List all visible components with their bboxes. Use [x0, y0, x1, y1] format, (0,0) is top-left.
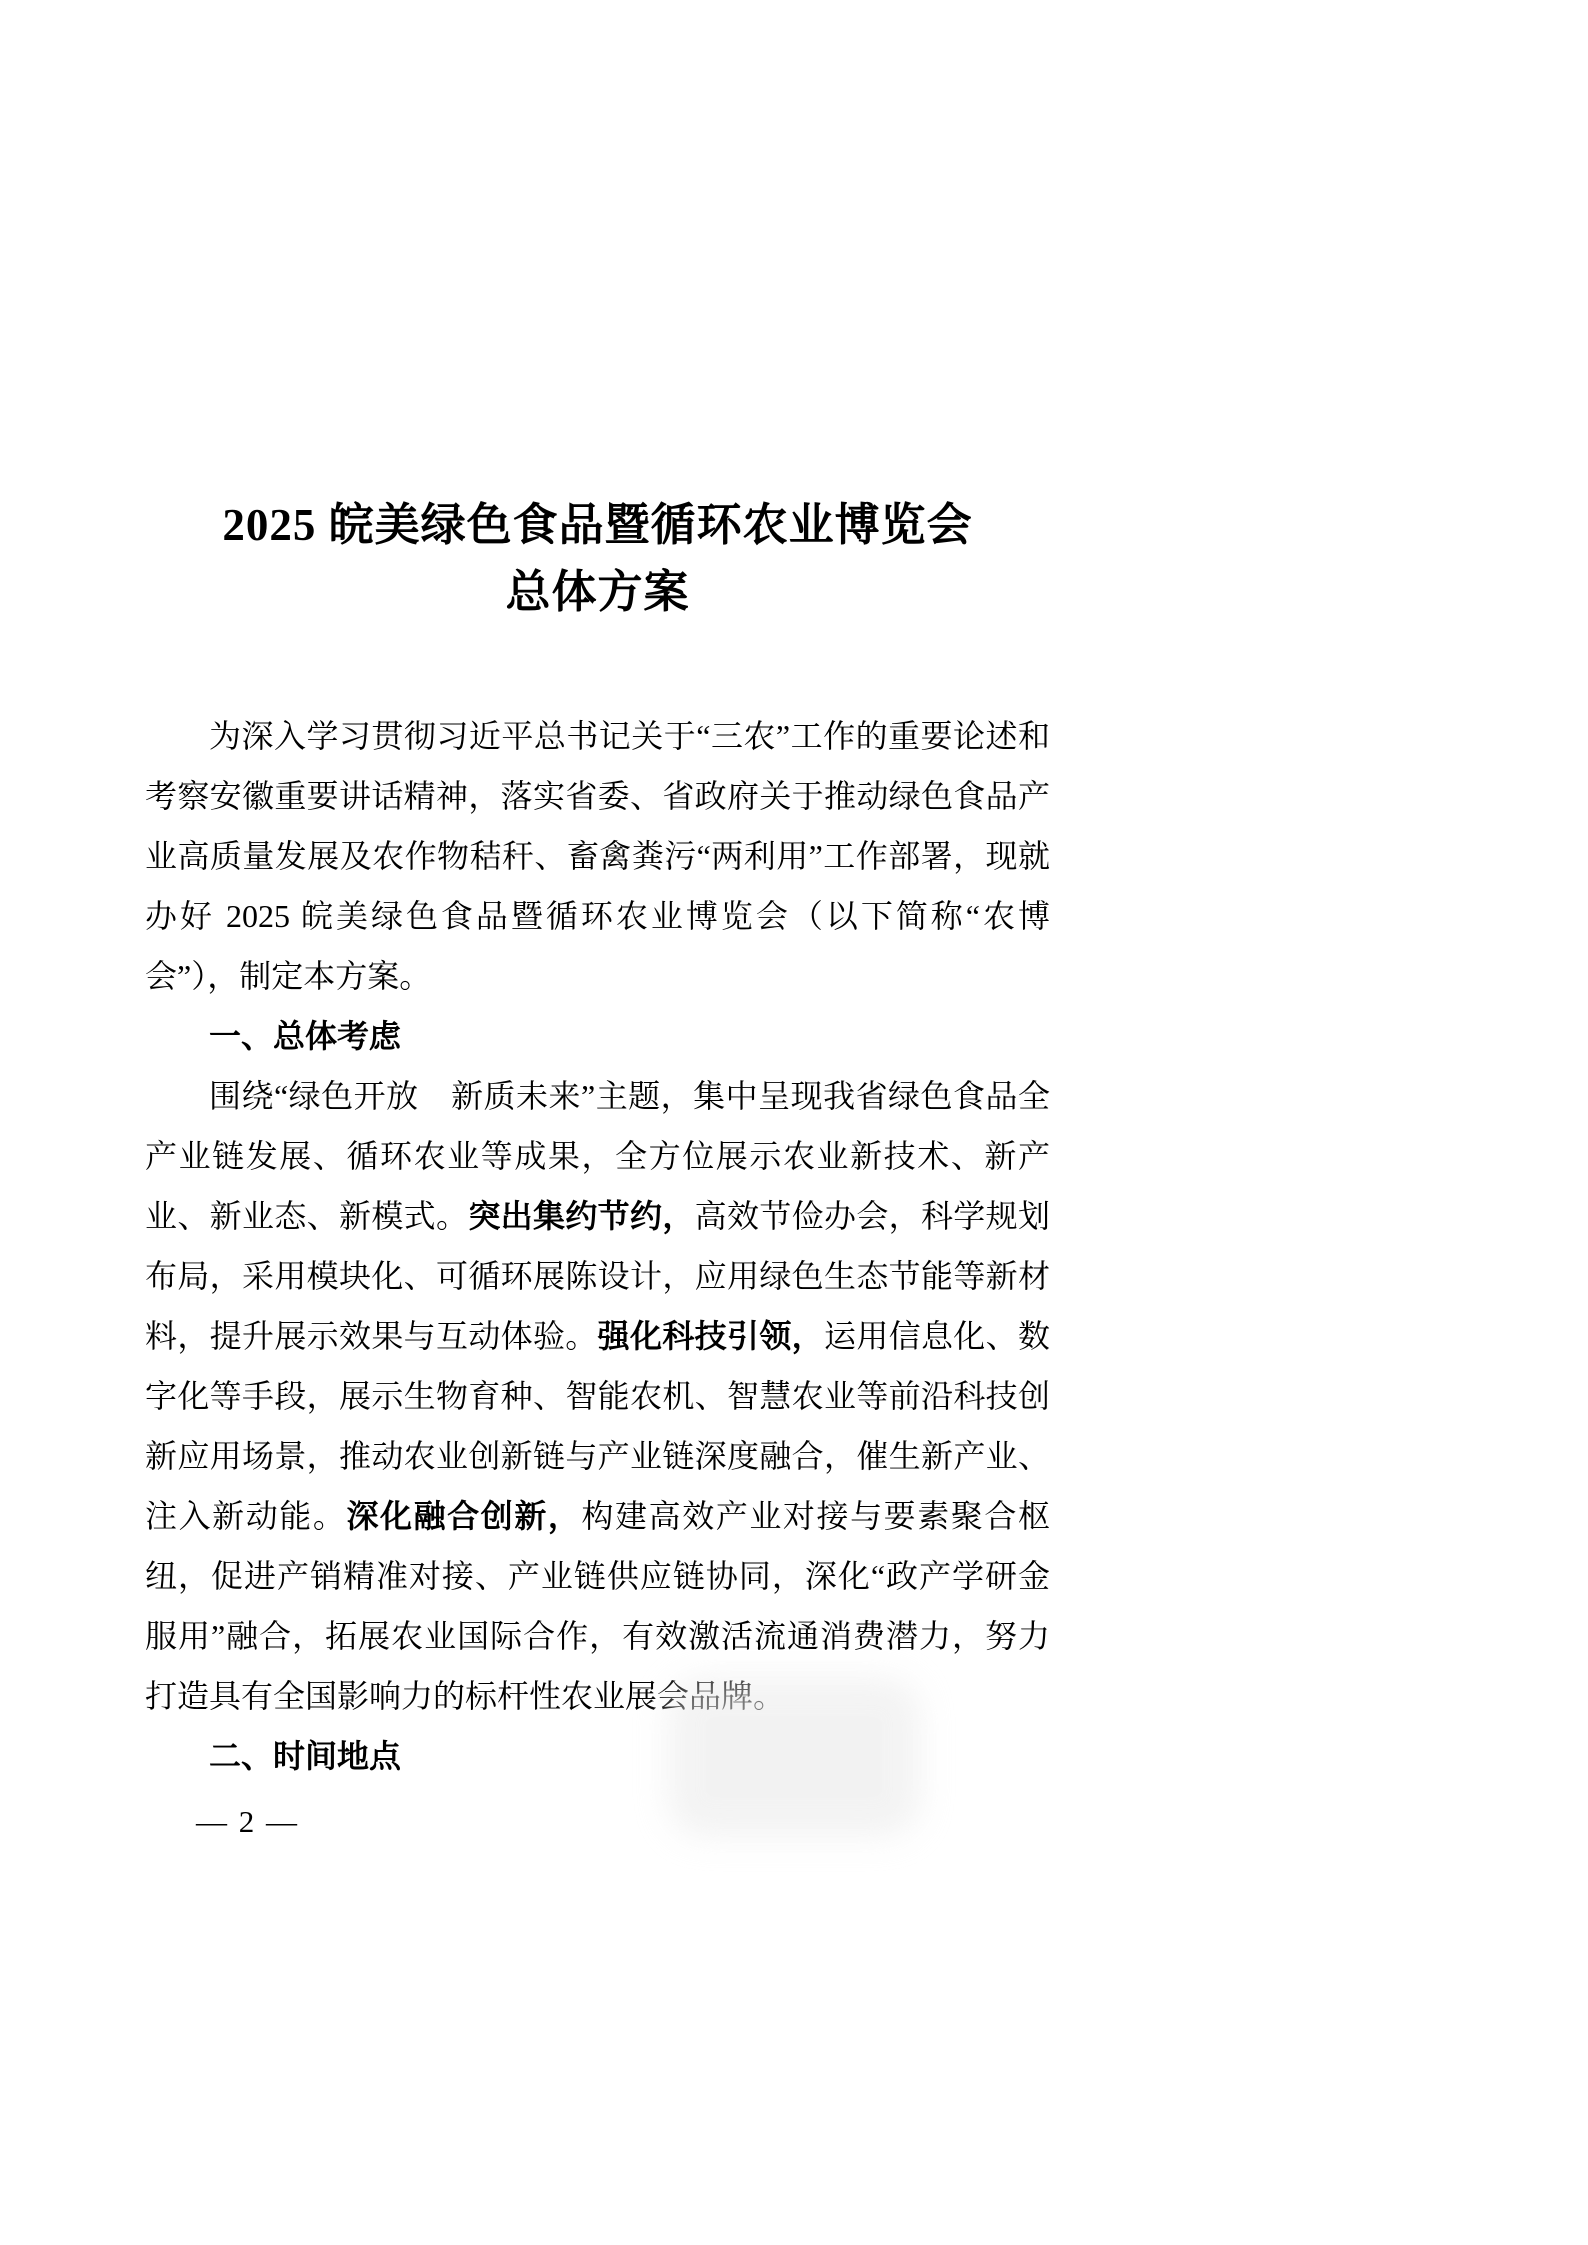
bold-text-run: 深化融合创新，: [346, 1498, 581, 1534]
bold-text-run: 强化科技引领，: [598, 1318, 824, 1354]
page-number: — 2 —: [196, 1802, 299, 1842]
body-paragraph: 围绕“绿色开放 新质未来”主题，集中呈现我省绿色食品全产业链发展、循环农业等成果…: [145, 1066, 1050, 1726]
document-body: 为深入学习贯彻习近平总书记关于“三农”工作的重要论述和考察安徽重要讲话精神，落实…: [145, 706, 1050, 1786]
bold-text-run: 突出集约节约，: [468, 1198, 694, 1234]
bold-text-run: 二、时间地点: [209, 1738, 401, 1774]
document-page: 2025 皖美绿色食品暨循环农业博览会 总体方案 为深入学习贯彻习近平总书记关于…: [0, 0, 1588, 2245]
section-heading: 一、总体考虑: [145, 1006, 1050, 1066]
body-paragraph: 为深入学习贯彻习近平总书记关于“三农”工作的重要论述和考察安徽重要讲话精神，落实…: [145, 706, 1050, 1006]
bold-text-run: 一、总体考虑: [209, 1018, 401, 1054]
text-run: 为深入学习贯彻习近平总书记关于“三农”工作的重要论述和考察安徽重要讲话精神，落实…: [145, 718, 1050, 994]
document-title-line2: 总体方案: [145, 559, 1050, 626]
section-heading: 二、时间地点: [145, 1726, 1050, 1786]
document-title: 2025 皖美绿色食品暨循环农业博览会 总体方案: [145, 492, 1050, 626]
document-title-line1: 2025 皖美绿色食品暨循环农业博览会: [145, 492, 1050, 559]
